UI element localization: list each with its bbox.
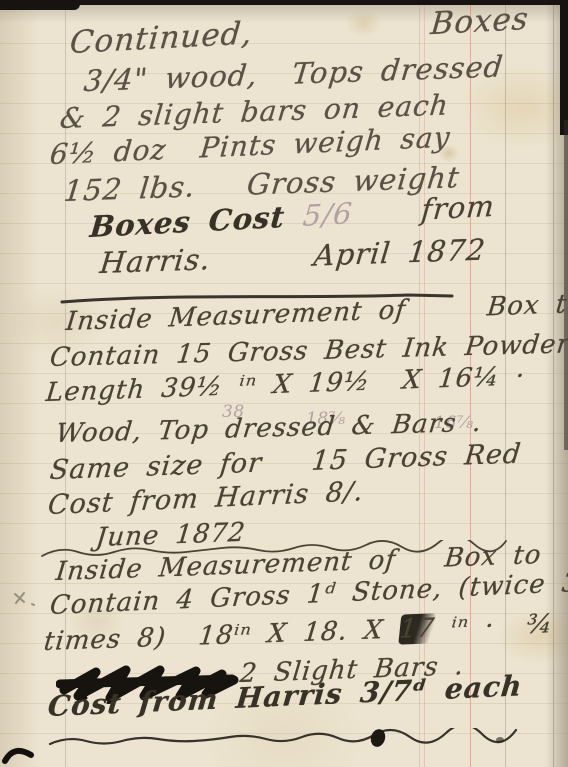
wavy-separator-2: [48, 728, 562, 752]
dimensions-text-a: times 8) 18ⁱⁿ X 18. X: [42, 615, 401, 658]
page-edge-right-mid: [564, 120, 568, 450]
blotted-17: 17: [398, 613, 436, 644]
line-june-1872: June 1872: [94, 519, 247, 553]
line-cost-harris-each: Cost from Harris 3/7ᵈ each: [47, 671, 524, 723]
line-inside-measurement-1: Inside Measurement of Box to: [64, 290, 568, 337]
page-edge-top-left: [0, 0, 80, 10]
line-harris-april-1872: Harris. April 1872: [98, 234, 487, 279]
notebook-page: Continued, Boxes 3/4" wood, Tops dressed…: [0, 0, 568, 767]
cost-pencil-value: 5/6: [302, 196, 355, 233]
stray-pen-mark: [12, 588, 38, 610]
page-edge-right-top: [560, 0, 568, 135]
page-corner-mark: [2, 744, 36, 767]
from-text: from: [351, 189, 496, 231]
dimensions-text-c: ⁱⁿ · ¾ ⁱⁿ wood: [433, 605, 568, 644]
